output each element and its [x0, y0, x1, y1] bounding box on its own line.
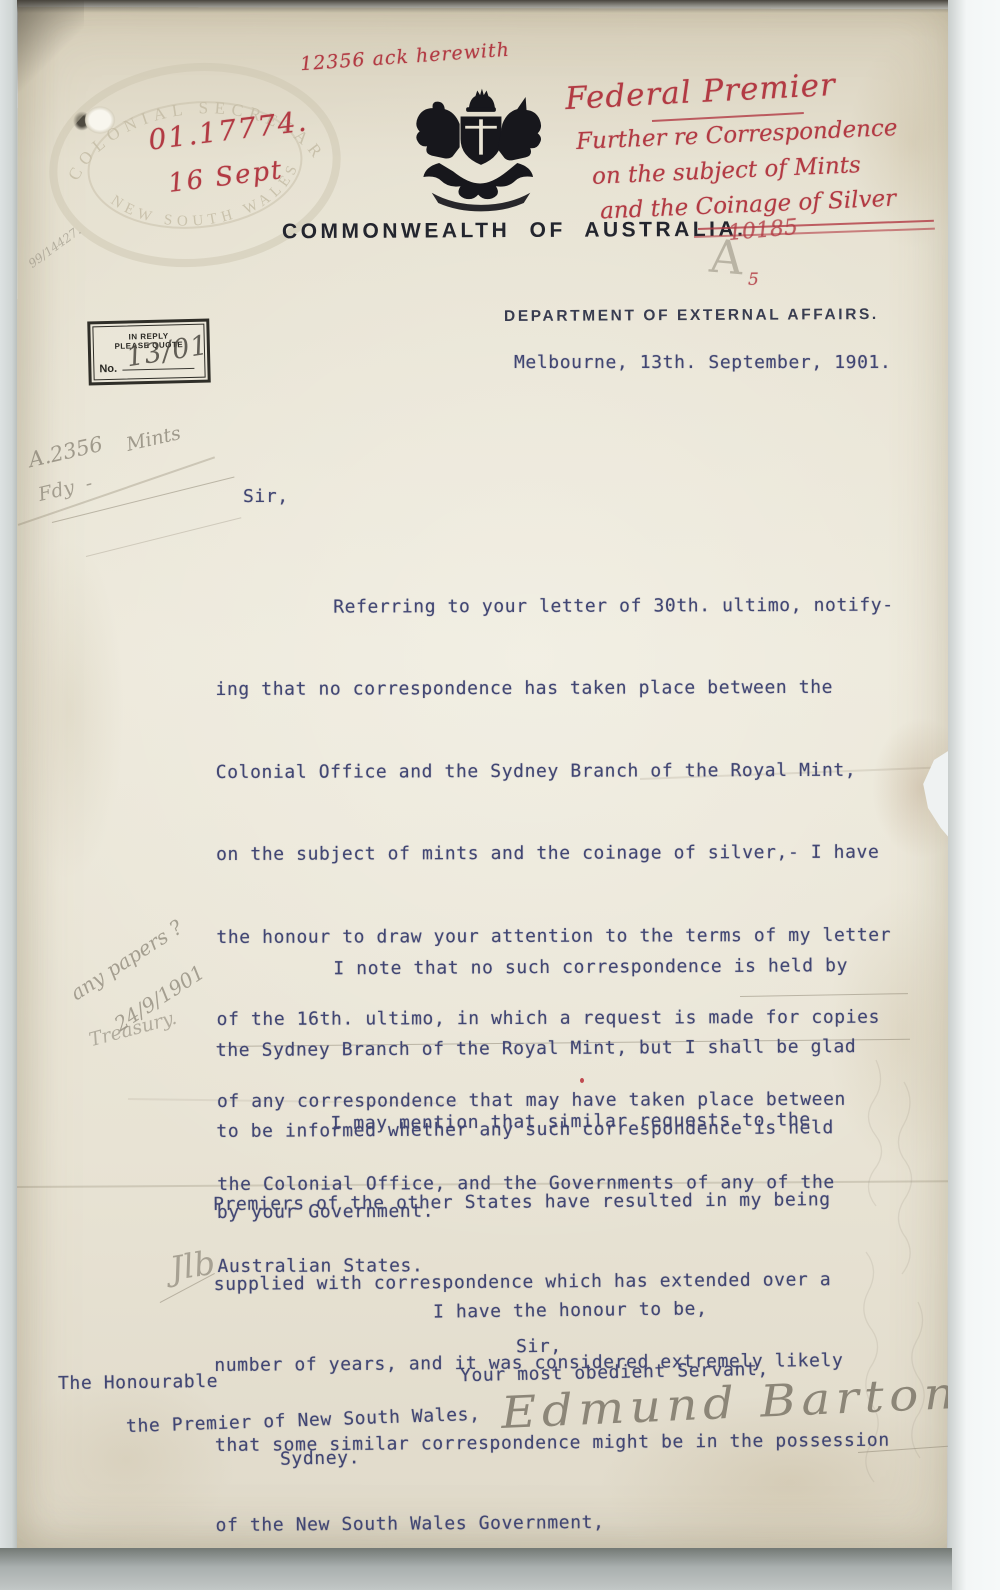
recipient-line: Sydney.	[280, 1447, 360, 1469]
dateline: Melbourne, 13th. September, 1901.	[514, 352, 891, 373]
letter-line: Referring to your letter of 30th. ultimo…	[215, 586, 894, 629]
letter-line: Colonial Office and the Sydney Branch of…	[216, 750, 895, 793]
closing-line: I have the honour to be,	[433, 1298, 708, 1322]
letter-line: ing that no correspondence has taken pla…	[215, 668, 894, 711]
photo-left-edge	[0, 0, 17, 1590]
recipient-line: The Honourable	[58, 1371, 218, 1394]
letter-line: I note that no such correspondence is he…	[215, 946, 856, 989]
photo-top-shadow	[0, 0, 952, 13]
red-side-small-number: 5	[748, 270, 759, 290]
letter-line: on the subject of mints and the coinage …	[216, 833, 895, 876]
photo-right-edge	[948, 0, 1000, 1590]
commonwealth-title: COMMONWEALTH OF AUSTRALIA.	[282, 218, 747, 244]
letter-line: of the New South Wales Government,	[215, 1502, 890, 1545]
bleed-through-marks	[846, 1052, 942, 1532]
royal-coat-of-arms-icon	[402, 84, 560, 216]
letter-line: supplied with correspondence which has e…	[214, 1261, 889, 1304]
reply-box-no-label: No.	[99, 363, 117, 375]
letter-line: I may mention that similar requests to t…	[212, 1101, 887, 1144]
paragraph: I may mention that similar requests to t…	[212, 1059, 891, 1587]
letter-line: Premiers of the other States have result…	[213, 1181, 888, 1224]
salutation: Sir,	[243, 486, 289, 507]
pencil-initials: Jlb	[167, 1243, 217, 1289]
pencil-check-letter: A	[708, 229, 746, 286]
photo-bottom-edge	[0, 1548, 952, 1590]
department-heading: DEPARTMENT OF EXTERNAL AFFAIRS.	[504, 306, 879, 326]
document-photo: COLONIAL SECRETARY NEW SOUTH WALES COMMO…	[0, 0, 1000, 1590]
closing-line: Sir,	[516, 1336, 562, 1358]
